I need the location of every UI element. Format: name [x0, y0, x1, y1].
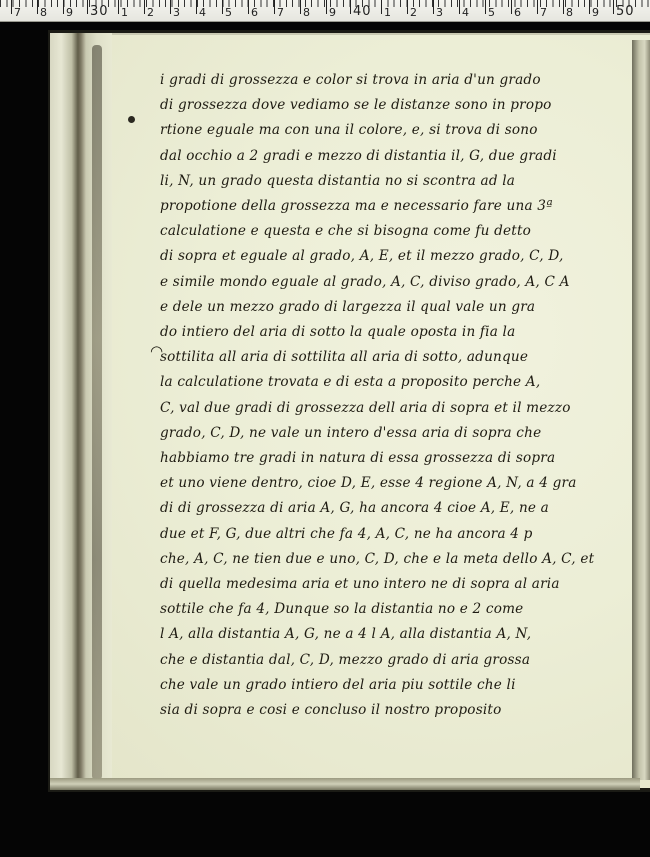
manuscript-line: che vale un grado intiero del aria piu s… — [160, 677, 516, 693]
ruler-label: 5 — [225, 7, 232, 19]
ruler-label: 9 — [592, 7, 599, 19]
ruler-label: 7 — [540, 7, 547, 19]
ruler-label: 9 — [329, 7, 336, 19]
ruler-major-tick — [485, 0, 486, 14]
manuscript-line: sottile che fa 4, Dunque so la distantia… — [160, 601, 523, 617]
ruler-major-tick — [459, 0, 460, 14]
ruler-label: 40 — [353, 6, 372, 18]
manuscript-line: li, N, un grado questa distantia no si s… — [160, 173, 515, 189]
ruler-major-tick — [589, 0, 590, 14]
manuscript-line: di sopra et eguale al grado, A, E, et il… — [160, 248, 563, 264]
ruler-major-tick — [300, 0, 301, 14]
ruler-major-tick — [11, 0, 12, 14]
ruler-label: 30 — [90, 6, 109, 18]
ruler-label: 6 — [251, 7, 258, 19]
manuscript-line: i gradi di grossezza e color si trova in… — [160, 72, 541, 88]
ruler-label: 7 — [277, 7, 284, 19]
ruler-label: 8 — [566, 7, 573, 19]
ruler-major-tick — [381, 0, 382, 14]
manuscript-line: et uno viene dentro, cioe D, E, esse 4 r… — [160, 475, 577, 491]
ruler-label: 7 — [14, 7, 21, 19]
manuscript-line: di grossezza dove vediamo se le distanze… — [160, 97, 552, 113]
ruler-label: 6 — [514, 7, 521, 19]
manuscript-line: sottilita all aria di sottilita all aria… — [160, 349, 528, 365]
manuscript-line: la calculatione trovata e di esta a prop… — [160, 374, 540, 390]
manuscript-line: che, A, C, ne tien due e uno, C, D, che … — [160, 551, 594, 567]
paper-hole — [128, 116, 135, 123]
manuscript-line: rtione eguale ma con una il colore, e, s… — [160, 122, 538, 138]
ruler-major-tick — [222, 0, 223, 14]
ruler-label: 3 — [173, 7, 180, 19]
ruler-label: 8 — [40, 7, 47, 19]
ruler-label: 3 — [436, 7, 443, 19]
ruler-major-tick — [196, 0, 197, 14]
ruler-label: 8 — [303, 7, 310, 19]
ruler-major-tick — [63, 0, 64, 14]
manuscript-line: di di grossezza di aria A, G, ha ancora … — [160, 500, 549, 516]
manuscript-line: sia di sopra e cosi e concluso il nostro… — [160, 702, 501, 718]
ruler-major-tick — [144, 0, 145, 14]
ruler-label: 2 — [410, 7, 417, 19]
ruler-label: 50 — [616, 6, 635, 18]
page-right-edge — [632, 40, 650, 780]
ruler-major-tick — [407, 0, 408, 14]
ruler-major-tick — [118, 0, 119, 14]
ruler-label: 9 — [66, 7, 73, 19]
ruler-major-tick — [433, 0, 434, 14]
ruler-major-tick — [248, 0, 249, 14]
manuscript-line: grado, C, D, ne vale un intero d'essa ar… — [160, 425, 541, 441]
ruler-major-tick — [511, 0, 512, 14]
manuscript-line: due et F, G, due altri che fa 4, A, C, n… — [160, 526, 533, 542]
manuscript-line: di quella medesima aria et uno intero ne… — [160, 576, 560, 592]
ruler-label: 4 — [199, 7, 206, 19]
manuscript-line: C, val due gradi di grossezza dell aria … — [160, 400, 571, 416]
ruler-major-tick — [537, 0, 538, 14]
ruler-major-tick — [87, 0, 88, 14]
ruler-label: 5 — [488, 7, 495, 19]
ruler-major-tick — [350, 0, 351, 14]
ruler-major-tick — [37, 0, 38, 14]
ruler-label: 1 — [121, 7, 128, 19]
manuscript-line: e dele un mezzo grado di largezza il qua… — [160, 299, 535, 315]
measurement-ruler: 789301234567894012345678950 — [0, 0, 650, 22]
manuscript-line: do intiero del aria di sotto la quale op… — [160, 324, 515, 340]
gutter-stain — [92, 45, 102, 780]
ruler-major-tick — [326, 0, 327, 14]
ruler-label: 2 — [147, 7, 154, 19]
manuscript-line: l A, alla distantia A, G, ne a 4 l A, al… — [160, 626, 531, 642]
ruler-label: 4 — [462, 7, 469, 19]
binding-gutter — [50, 33, 112, 788]
ruler-label: 1 — [384, 7, 391, 19]
ruler-major-tick — [274, 0, 275, 14]
manuscript-line: calculatione e questa e che si bisogna c… — [160, 223, 531, 239]
ruler-major-tick — [613, 0, 614, 14]
ruler-major-tick — [170, 0, 171, 14]
manuscript-line: e simile mondo eguale al grado, A, C, di… — [160, 274, 570, 290]
manuscript-line: dal occhio a 2 gradi e mezzo di distanti… — [160, 148, 557, 164]
manuscript-line: habbiamo tre gradi in natura di essa gro… — [160, 450, 555, 466]
manuscript-line: propotione della grossezza ma e necessar… — [160, 198, 553, 214]
ruler-major-tick — [563, 0, 564, 14]
page-bottom-edge — [50, 778, 640, 790]
manuscript-line: che e distantia dal, C, D, mezzo grado d… — [160, 652, 530, 668]
